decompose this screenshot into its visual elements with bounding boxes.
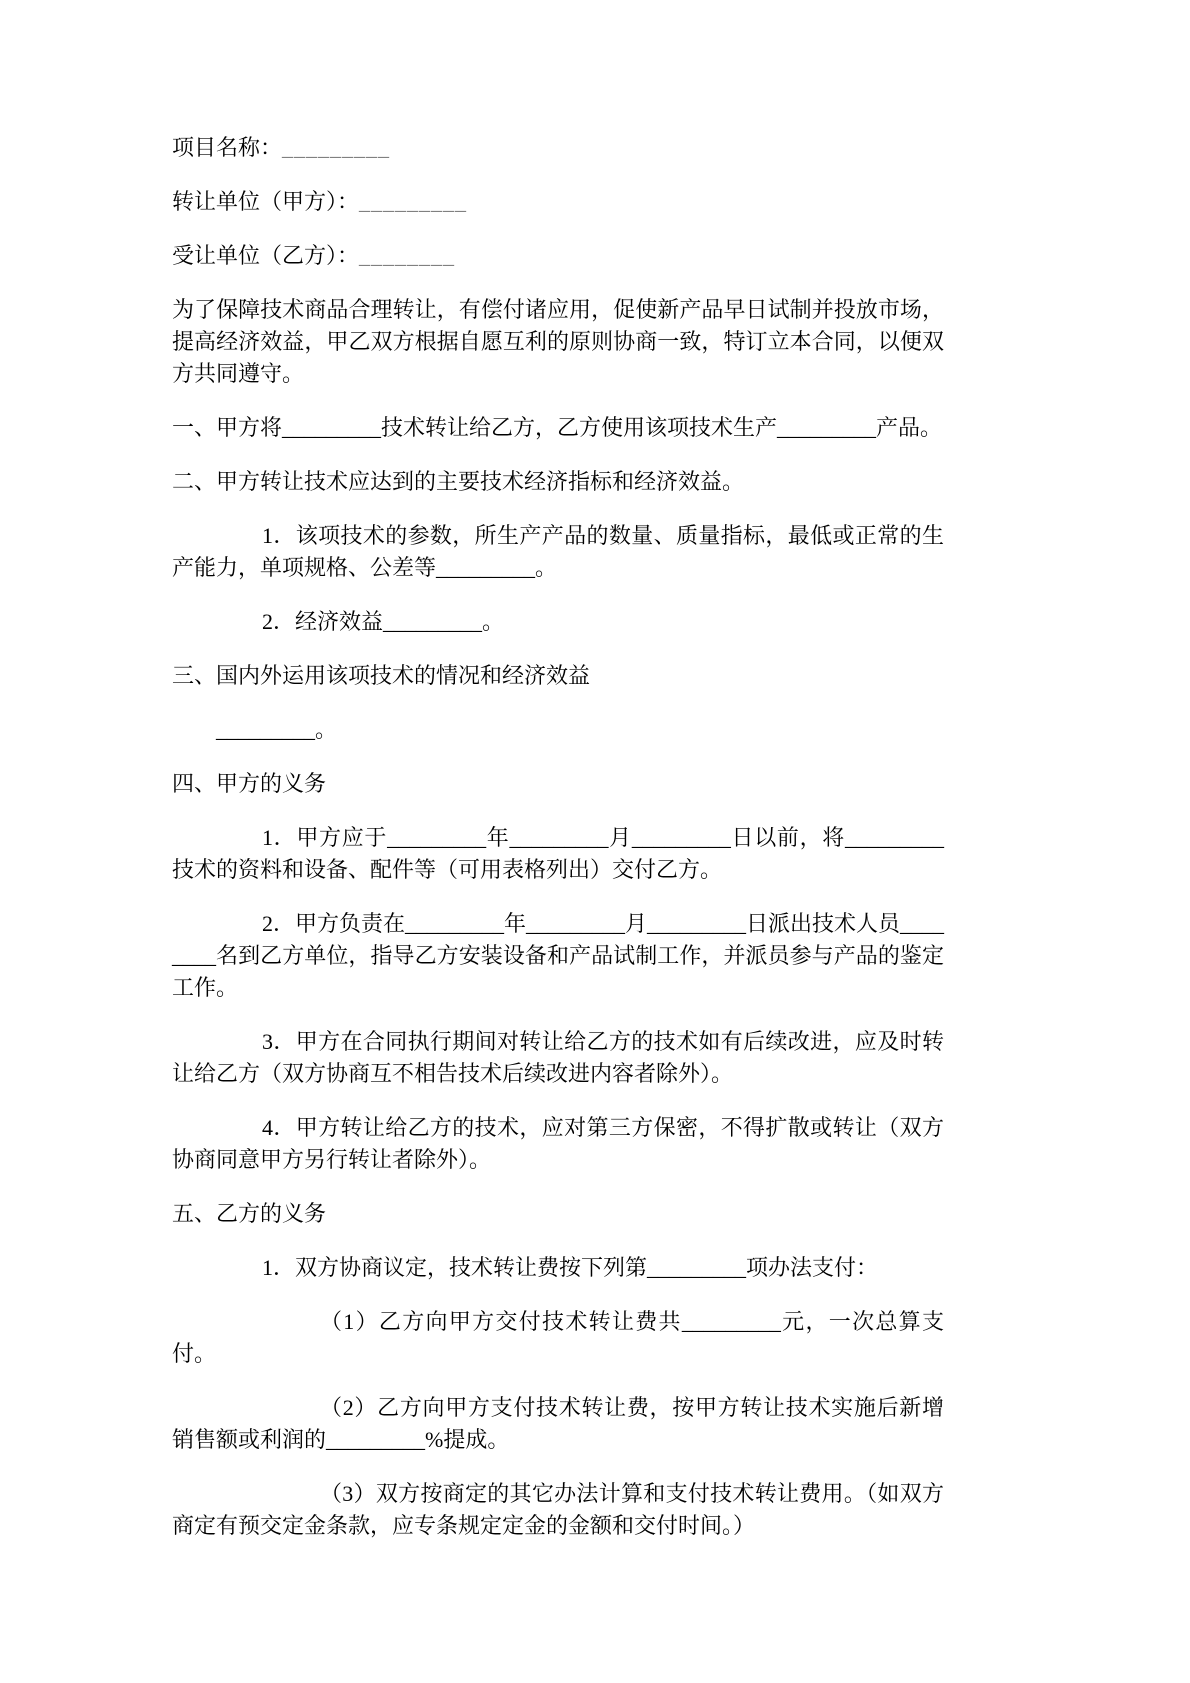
preamble-paragraph: 为了保障技术商品合理转让，有偿付诸应用，促使新产品早日试制并投放市场，提高经济效… <box>172 294 944 390</box>
clause-4-heading: 四、甲方的义务 <box>172 768 944 800</box>
clause-1: 一、甲方将_________技术转让给乙方，乙方使用该项技术生产________… <box>172 412 944 444</box>
field-label: 受让单位（乙方）： <box>172 243 359 268</box>
clause-4-item-2: 2．甲方负责在_________年_________月_________日派出技… <box>172 908 944 1004</box>
clause-5-heading: 五、乙方的义务 <box>172 1198 944 1230</box>
field-project-name: 项目名称：_________ <box>172 132 944 164</box>
field-label: 转让单位（甲方）： <box>172 189 359 214</box>
clause-2-heading: 二、甲方转让技术应达到的主要技术经济指标和经济效益。 <box>172 466 944 498</box>
clause-2-item-1: 1．该项技术的参数，所生产产品的数量、质量指标，最低或正常的生产能力，单项规格、… <box>172 520 944 584</box>
clause-4-item-1: 1．甲方应于_________年_________月_________日以前，将… <box>172 822 944 886</box>
clause-4-item-4: 4．甲方转让给乙方的技术，应对第三方保密，不得扩散或转让（双方协商同意甲方另行转… <box>172 1112 944 1176</box>
payment-option-3: （3）双方按商定的其它办法计算和支付技术转让费用。（如双方商定有预交定金条款，应… <box>172 1478 944 1542</box>
contract-document: 项目名称：_________ 转让单位（甲方）：_________ 受让单位（乙… <box>0 0 1190 1542</box>
field-party-a: 转让单位（甲方）：_________ <box>172 186 944 218</box>
clause-5-item-1: 1．双方协商议定，技术转让费按下列第_________项办法支付： <box>172 1252 944 1284</box>
payment-option-1: （1）乙方向甲方交付技术转让费共_________元，一次总算支付。 <box>172 1306 944 1370</box>
clause-4-item-3: 3．甲方在合同执行期间对转让给乙方的技术如有后续改进，应及时转让给乙方（双方协商… <box>172 1026 944 1090</box>
blank-line: ________ <box>359 243 455 268</box>
field-party-b: 受让单位（乙方）：________ <box>172 240 944 272</box>
clause-3-blank-line: _________。 <box>172 714 944 746</box>
blank-line: _________ <box>282 135 390 160</box>
clause-2-item-2: 2．经济效益_________。 <box>172 606 944 638</box>
payment-option-2: （2）乙方向甲方支付技术转让费，按甲方转让技术实施后新增销售额或利润的_____… <box>172 1392 944 1456</box>
field-label: 项目名称： <box>172 135 282 160</box>
clause-3-heading: 三、国内外运用该项技术的情况和经济效益 <box>172 660 944 692</box>
blank-line: _________ <box>359 189 467 214</box>
